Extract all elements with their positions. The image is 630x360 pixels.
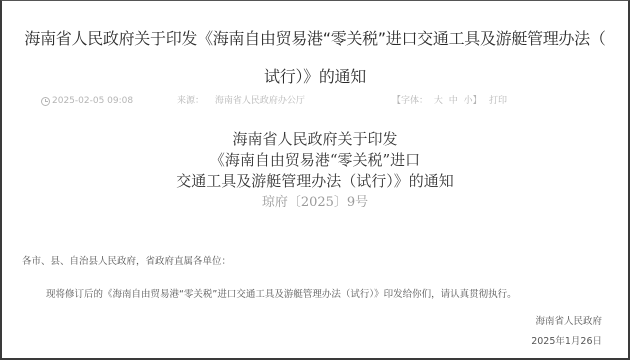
font-size-large-button[interactable]: 大	[434, 96, 443, 106]
document-number: 琼府〔2025〕9号	[2, 192, 628, 213]
print-button[interactable]: 打印	[489, 92, 507, 110]
document-title-line-1: 海南省人民政府关于印发	[2, 129, 628, 150]
article-meta-bar: 2025-02-05 09:08 来源： 海南省人民政府办公厅 【字体： 大 中…	[2, 92, 628, 110]
font-size-controls: 【字体： 大 中 小】	[392, 92, 485, 110]
publish-date-value: 2025-02-05 09:08	[52, 92, 133, 110]
font-size-small-button[interactable]: 小】	[464, 96, 482, 106]
source-label: 来源：	[177, 96, 204, 106]
document-salutation: 各市、县、自治县人民政府，省政府直属各单位：	[22, 253, 608, 267]
signature-organization: 海南省人民政府	[535, 313, 602, 327]
font-size-label: 【字体：	[392, 96, 428, 106]
article-source: 来源： 海南省人民政府办公厅	[177, 92, 305, 110]
source-value: 海南省人民政府办公厅	[215, 96, 305, 106]
clock-icon	[41, 97, 50, 106]
publish-date: 2025-02-05 09:08	[41, 92, 133, 110]
article-title-line-1: 海南省人民政府关于印发《海南自由贸易港“零关税”进口交通工具及游艇管理办法（	[22, 20, 608, 58]
document-title-line-3: 交通工具及游艇管理办法（试行）》的通知	[2, 171, 628, 192]
document-title-line-2: 《海南自由贸易港“零关税”进口	[2, 150, 628, 171]
font-size-medium-button[interactable]: 中	[449, 96, 458, 106]
signature-date: 2025年1月26日	[531, 333, 602, 347]
article-title-line-2: 试行）》的通知	[22, 58, 608, 96]
article-title: 海南省人民政府关于印发《海南自由贸易港“零关税”进口交通工具及游艇管理办法（ 试…	[22, 20, 608, 96]
document-header: 海南省人民政府关于印发 《海南自由贸易港“零关税”进口 交通工具及游艇管理办法（…	[2, 129, 628, 213]
document-paragraph: 现将修订后的《海南自由贸易港“零关税”进口交通工具及游艇管理办法（试行）》印发给…	[46, 286, 608, 300]
page-frame: 海南省人民政府关于印发《海南自由贸易港“零关税”进口交通工具及游艇管理办法（ 试…	[0, 0, 630, 360]
